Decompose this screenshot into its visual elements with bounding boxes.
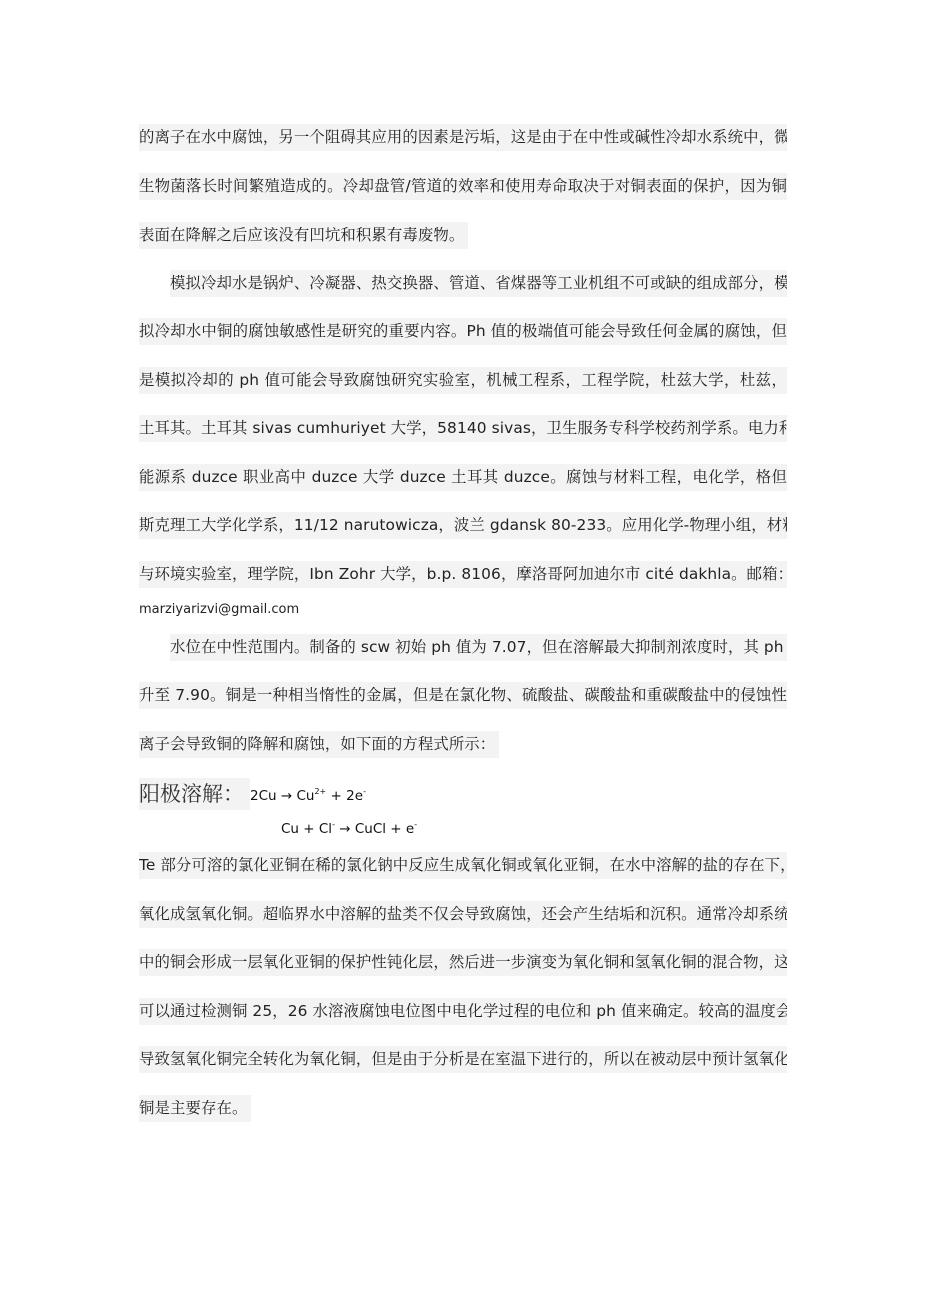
text-line: 模拟冷却水是锅炉、冷凝器、热交换器、管道、省煤器等工业机组不可或缺的组成部分，模 [170,270,787,297]
paragraph-2-line-1: 模拟冷却水是锅炉、冷凝器、热交换器、管道、省煤器等工业机组不可或缺的组成部分，模 [170,270,787,297]
paragraph-1-line-1: 的离子在水中腐蚀，另一个阻碍其应用的因素是污垢，这是由于在中性或碱性冷却水系统中… [139,124,787,151]
paragraph-2-line-3: 是模拟冷却的 ph 值可能会导致腐蚀研究实验室，机械工程系，工程学院，杜兹大学，… [139,367,787,394]
eq2-lhs: Cu + Cl [281,821,332,837]
eq1-lhs: 2Cu [250,788,277,804]
document-page: 的离子在水中腐蚀，另一个阻碍其应用的因素是污垢，这是由于在中性或碱性冷却水系统中… [0,0,926,1309]
text-line: 的离子在水中腐蚀，另一个阻碍其应用的因素是污垢，这是由于在中性或碱性冷却水系统中… [139,124,787,151]
text-line: 升至 7.90。铜是一种相当惰性的金属，但是在氯化物、硫酸盐、碳酸盐和重碳酸盐中… [139,682,787,709]
paragraph-4-line-1: Te 部分可溶的氯化亚铜在稀的氯化钠中反应生成氧化铜或氧化亚铜，在水中溶解的盐的… [139,852,787,879]
paragraph-4-line-2: 氧化成氢氧化铜。超临界水中溶解的盐类不仅会导致腐蚀，还会产生结垢和沉积。通常冷却… [139,901,787,928]
eq1-electron-charge: - [363,787,366,796]
paragraph-2-line-5: 能源系 duzce 职业高中 duzce 大学 duzce 土耳其 duzce。… [139,464,787,491]
text-line: 与环境实验室，理学院，Ibn Zohr 大学，b.p. 8106，摩洛哥阿加迪尔… [139,561,787,588]
paragraph-3-line-2: 升至 7.90。铜是一种相当惰性的金属，但是在氯化物、硫酸盐、碳酸盐和重碳酸盐中… [139,682,787,709]
equation-2: Cu + Cl- → CuCl + e- [281,819,417,839]
text-line: 水位在中性范围内。制备的 scw 初始 ph 值为 7.07，但在溶解最大抑制剂… [170,634,787,661]
paragraph-3-line-3: 离子会导致铜的降解和腐蚀，如下面的方程式所示： [139,731,499,758]
paragraph-4-line-4: 可以通过检测铜 25，26 水溶液腐蚀电位图中电化学过程的电位和 ph 值来确定… [139,998,787,1025]
paragraph-1-line-3: 表面在降解之后应该没有凹坑和积累有毒废物。 [139,222,468,249]
equation-1: 2Cu → Cu2+ + 2e- [250,786,366,806]
email-address: marziyarizvi@gmail.com [139,601,299,619]
eq1-rest: + 2e [326,788,363,804]
eq1-product-charge: 2+ [314,787,326,796]
eq2-electron-charge: - [414,820,417,829]
eq2-rhs: CuCl + e [355,821,414,837]
arrow-icon: → [281,788,292,804]
arrow-icon: → [339,821,350,837]
eq2-lhs-charge: - [332,820,335,829]
text-line: Te 部分可溶的氯化亚铜在稀的氯化钠中反应生成氧化铜或氧化亚铜，在水中溶解的盐的… [139,852,787,879]
text-line: 斯克理工大学化学系，11/12 narutowicza，波兰 gdansk 80… [139,512,787,539]
text-line: 拟冷却水中铜的腐蚀敏感性是研究的重要内容。Ph 值的极端值可能会导致任何金属的腐… [139,318,787,345]
paragraph-2-line-7: 与环境实验室，理学院，Ibn Zohr 大学，b.p. 8106，摩洛哥阿加迪尔… [139,561,787,588]
paragraph-1-line-2: 生物菌落长时间繁殖造成的。冷却盘管/管道的效率和使用寿命取决于对铜表面的保护，因… [139,173,787,200]
text-line: 氧化成氢氧化铜。超临界水中溶解的盐类不仅会导致腐蚀，还会产生结垢和沉积。通常冷却… [139,901,787,928]
paragraph-4-line-3: 中的铜会形成一层氧化亚铜的保护性钝化层，然后进一步演变为氧化铜和氢氧化铜的混合物… [139,949,787,976]
text-line: 可以通过检测铜 25，26 水溶液腐蚀电位图中电化学过程的电位和 ph 值来确定… [139,998,787,1025]
paragraph-4-line-6: 铜是主要存在。 [139,1095,251,1122]
text-line: 土耳其。土耳其 sivas cumhuriyet 大学，58140 sivas，… [139,415,787,442]
text-line: 中的铜会形成一层氧化亚铜的保护性钝化层，然后进一步演变为氧化铜和氢氧化铜的混合物… [139,949,787,976]
paragraph-2-line-4: 土耳其。土耳其 sivas cumhuriyet 大学，58140 sivas，… [139,415,787,442]
paragraph-2-line-6: 斯克理工大学化学系，11/12 narutowicza，波兰 gdansk 80… [139,512,787,539]
paragraph-4-line-5: 导致氢氧化铜完全转化为氧化铜，但是由于分析是在室温下进行的，所以在被动层中预计氢… [139,1046,787,1073]
text-line: 能源系 duzce 职业高中 duzce 大学 duzce 土耳其 duzce。… [139,464,787,491]
paragraph-3-line-1: 水位在中性范围内。制备的 scw 初始 ph 值为 7.07，但在溶解最大抑制剂… [170,634,787,661]
text-line: 导致氢氧化铜完全转化为氧化铜，但是由于分析是在室温下进行的，所以在被动层中预计氢… [139,1046,787,1073]
equation-label: 阳极溶解： [139,778,250,810]
eq1-product: Cu [296,788,314,804]
text-line: 生物菌落长时间繁殖造成的。冷却盘管/管道的效率和使用寿命取决于对铜表面的保护，因… [139,173,787,200]
text-line: 是模拟冷却的 ph 值可能会导致腐蚀研究实验室，机械工程系，工程学院，杜兹大学，… [139,367,787,394]
paragraph-2-line-2: 拟冷却水中铜的腐蚀敏感性是研究的重要内容。Ph 值的极端值可能会导致任何金属的腐… [139,318,787,345]
